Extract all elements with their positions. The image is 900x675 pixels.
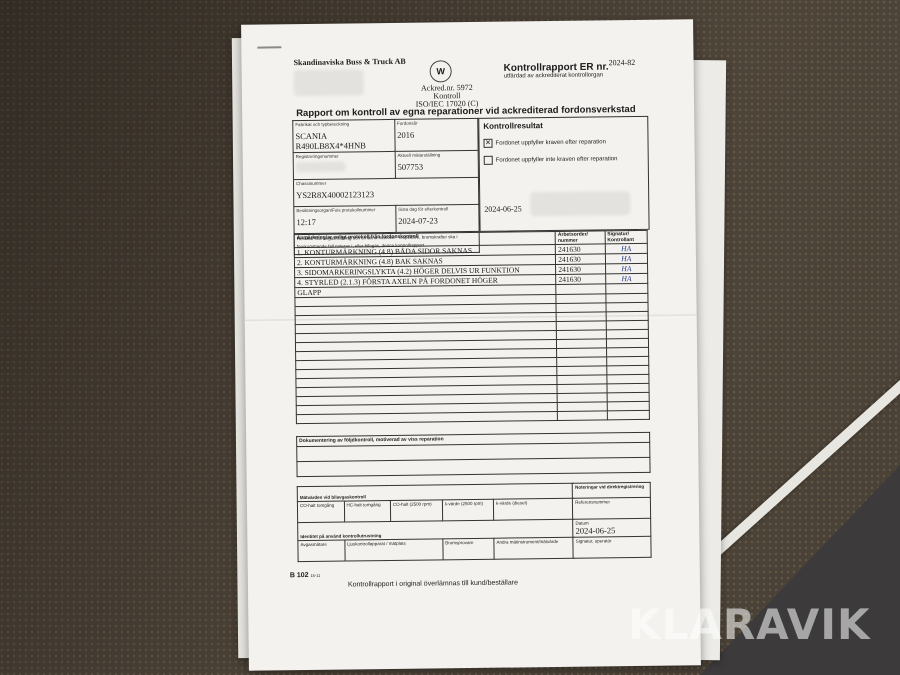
watermark: KLARAVIK [628, 600, 871, 649]
direct-registration-header: Noteringar vid direktregistrering [573, 482, 651, 498]
report-number: 2024-82 [609, 58, 636, 67]
odometer: 507753 [398, 161, 476, 172]
remarks-table: Anmärkning/ar enligt protokoll från ford… [294, 230, 650, 424]
followup-deadline: 2024-07-23 [398, 215, 476, 226]
chassis-number: YS2R8X40002123123 [296, 188, 476, 200]
result-option-pass[interactable]: ✕ Fordonet uppfyller kraven efter repara… [483, 137, 647, 148]
result-option-fail[interactable]: Fordonet uppfyller inte kraven efter rep… [484, 154, 648, 165]
redacted-registration [296, 162, 346, 173]
signature: HA [605, 243, 647, 254]
direct-reg-date: 2024-06-25 [576, 525, 649, 536]
report-subtitle: utfärdad av ackrediterat kontrollorgan [504, 72, 603, 79]
checkbox-unchecked[interactable] [484, 156, 493, 165]
staple [257, 46, 281, 48]
result-date: 2024-06-25 [484, 204, 521, 213]
signature: HA [605, 263, 647, 274]
redacted-signature [530, 191, 630, 216]
followup-table: Dokumentering av följdkontroll, motivera… [296, 432, 650, 477]
signature: HA [605, 273, 647, 284]
inspection-report-page: Skandinaviska Buss & Truck AB W Ackred.n… [241, 19, 701, 670]
protocol-number: 12:17 [296, 216, 393, 227]
footer-note: Kontrollrapport i original överlämnas ti… [348, 579, 518, 588]
measurements-table: Mätvärden vid bilavgaskontroll Noteringa… [297, 482, 652, 562]
redacted-address [294, 69, 364, 96]
report-title: Kontrollrapport ER nr.2024-82 [504, 58, 636, 74]
make-type: SCANIA R490LB8X4*4HNB [295, 130, 392, 151]
control-result-box: Kontrollresultat ✕ Fordonet uppfyller kr… [478, 116, 649, 232]
signature: HA [605, 253, 647, 264]
accreditation-logo-icon: W [430, 60, 452, 82]
form-code: B 102 15-11 [290, 572, 321, 579]
company-name: Skandinaviska Buss & Truck AB [293, 57, 405, 67]
checkbox-checked[interactable]: ✕ [483, 139, 492, 148]
model-year: 2016 [397, 129, 475, 140]
